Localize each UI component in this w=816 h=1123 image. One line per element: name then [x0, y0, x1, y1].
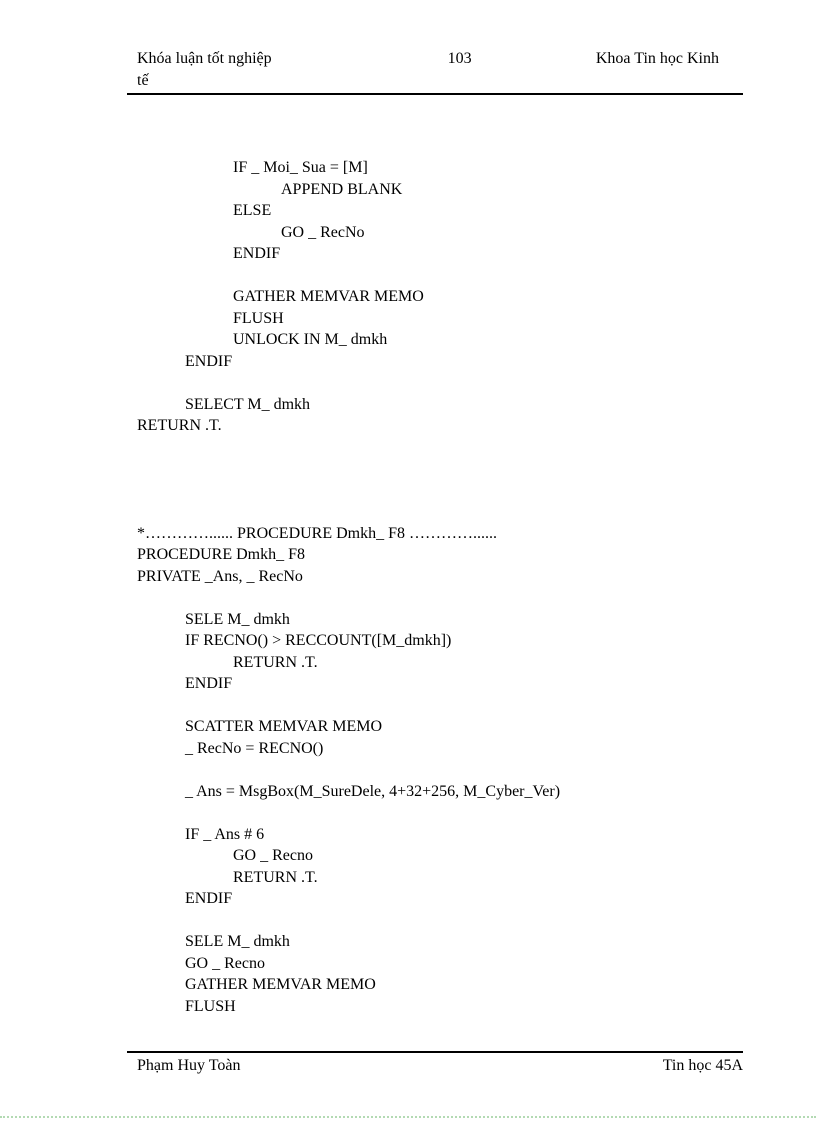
code-line: GATHER MEMVAR MEMO	[137, 286, 743, 308]
code-line: GO _ Recno	[137, 953, 743, 975]
code-line	[137, 372, 743, 394]
code-line: ENDIF	[137, 351, 743, 373]
code-line: FLUSH	[137, 996, 743, 1018]
code-line: SELE M_ dmkh	[137, 609, 743, 631]
header-row: Khóa luận tốt nghiệp 103 Khoa Tin học Ki…	[127, 50, 743, 72]
code-line	[137, 501, 743, 523]
code-line	[137, 437, 743, 459]
header-right-title: Khoa Tin học Kinh	[596, 50, 719, 68]
code-line	[137, 587, 743, 609]
code-line: UNLOCK IN M_ dmkh	[137, 329, 743, 351]
page-bottom-dots	[0, 1116, 816, 1118]
document-page: Khóa luận tốt nghiệp 103 Khoa Tin học Ki…	[0, 0, 816, 1123]
code-line: RETURN .T.	[137, 867, 743, 889]
code-line	[137, 802, 743, 824]
code-line: SCATTER MEMVAR MEMO	[137, 716, 743, 738]
footer-class: Tin học 45A	[663, 1057, 743, 1075]
code-line: _ RecNo = RECNO()	[137, 738, 743, 760]
code-line: IF _ Ans # 6	[137, 824, 743, 846]
code-line: FLUSH	[137, 308, 743, 330]
code-line: SELECT M_ dmkh	[137, 394, 743, 416]
code-line: PROCEDURE Dmkh_ F8	[137, 544, 743, 566]
code-line: RETURN .T.	[137, 652, 743, 674]
code-line: _ Ans = MsgBox(M_SureDele, 4+32+256, M_C…	[137, 781, 743, 803]
code-line: ENDIF	[137, 888, 743, 910]
code-line: ELSE	[137, 200, 743, 222]
code-line	[137, 910, 743, 932]
code-line: GATHER MEMVAR MEMO	[137, 974, 743, 996]
code-line: ENDIF	[137, 243, 743, 265]
code-line: APPEND BLANK	[137, 179, 743, 201]
code-line	[137, 265, 743, 287]
code-line: GO _ RecNo	[137, 222, 743, 244]
code-line: *…………...... PROCEDURE Dmkh_ F8 ………….....…	[137, 523, 743, 545]
page-footer: Phạm Huy Toàn Tin học 45A	[127, 1057, 743, 1079]
code-line: IF _ Moi_ Sua = [M]	[137, 157, 743, 179]
code-line: ENDIF	[137, 673, 743, 695]
code-line: IF RECNO() > RECCOUNT([M_dmkh])	[137, 630, 743, 652]
footer-rule	[127, 1051, 743, 1053]
code-line	[137, 480, 743, 502]
code-line: PRIVATE _Ans, _ RecNo	[137, 566, 743, 588]
page-number: 103	[448, 50, 472, 68]
code-line	[137, 759, 743, 781]
code-line: RETURN .T.	[137, 415, 743, 437]
header-right-title-wrap: tế	[127, 72, 743, 94]
code-line	[137, 458, 743, 480]
header-left-title: Khóa luận tốt nghiệp	[137, 50, 272, 68]
code-line: SELE M_ dmkh	[137, 931, 743, 953]
page-header: Khóa luận tốt nghiệp 103 Khoa Tin học Ki…	[127, 50, 743, 93]
code-line	[137, 695, 743, 717]
footer-author: Phạm Huy Toàn	[137, 1057, 240, 1075]
code-block: IF _ Moi_ Sua = [M]APPEND BLANKELSEGO _ …	[137, 157, 743, 1017]
header-rule	[127, 93, 743, 95]
code-line: GO _ Recno	[137, 845, 743, 867]
